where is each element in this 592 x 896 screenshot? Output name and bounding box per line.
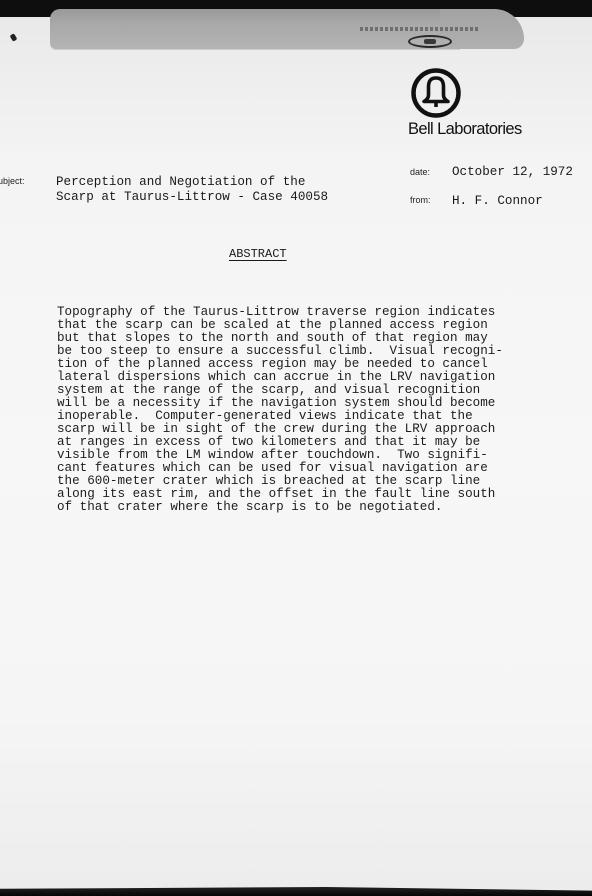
abstract-line: along its east rim, and the offset in th… <box>57 487 495 501</box>
subject-label: ubject: <box>0 176 25 186</box>
abstract-line: at ranges in excess of two kilometers an… <box>57 435 480 449</box>
abstract-line: of that crater where the scarp is to be … <box>57 500 442 514</box>
abstract-line: scarp will be in sight of the crew durin… <box>57 422 495 436</box>
abstract-line: be too steep to ensure a successful clim… <box>57 344 503 358</box>
folder-label-text <box>360 27 480 31</box>
abstract-line: the 600-meter crater which is breached a… <box>57 474 480 488</box>
abstract-line: visible from the LM window after touchdo… <box>57 448 488 462</box>
abstract-body: Topography of the Taurus-Littrow travers… <box>57 306 503 514</box>
abstract-heading: ABSTRACT <box>229 247 287 261</box>
abstract-line: system at the range of the scarp, and vi… <box>57 383 480 397</box>
date-label: date: <box>410 167 430 177</box>
abstract-line: Topography of the Taurus-Littrow travers… <box>57 305 495 319</box>
abstract-line: that the scarp can be scaled at the plan… <box>57 318 488 332</box>
bell-logo-icon <box>410 67 462 119</box>
subject-line: Perception and Negotiation of the <box>56 175 305 189</box>
from-label: from: <box>410 195 431 205</box>
abstract-line: cant features which can be used for visu… <box>57 461 488 475</box>
abstract-line: but that slopes to the north and south o… <box>57 331 488 345</box>
abstract-line: lateral dispersions which can accrue in … <box>57 370 495 384</box>
abstract-line: inoperable. Computer-generated views ind… <box>57 409 473 423</box>
subject-line: Scarp at Taurus-Littrow - Case 40058 <box>56 190 328 204</box>
abstract-line: tion of the planned access region may be… <box>57 357 488 371</box>
memo-author: H. F. Connor <box>452 194 543 208</box>
company-name: Bell Laboratories <box>408 120 522 139</box>
memo-subject: Perception and Negotiation of the Scarp … <box>56 175 328 204</box>
memo-date: October 12, 1972 <box>452 165 573 179</box>
folder-bell-logo-icon <box>408 35 452 48</box>
abstract-line: will be a necessity if the navigation sy… <box>57 396 495 410</box>
